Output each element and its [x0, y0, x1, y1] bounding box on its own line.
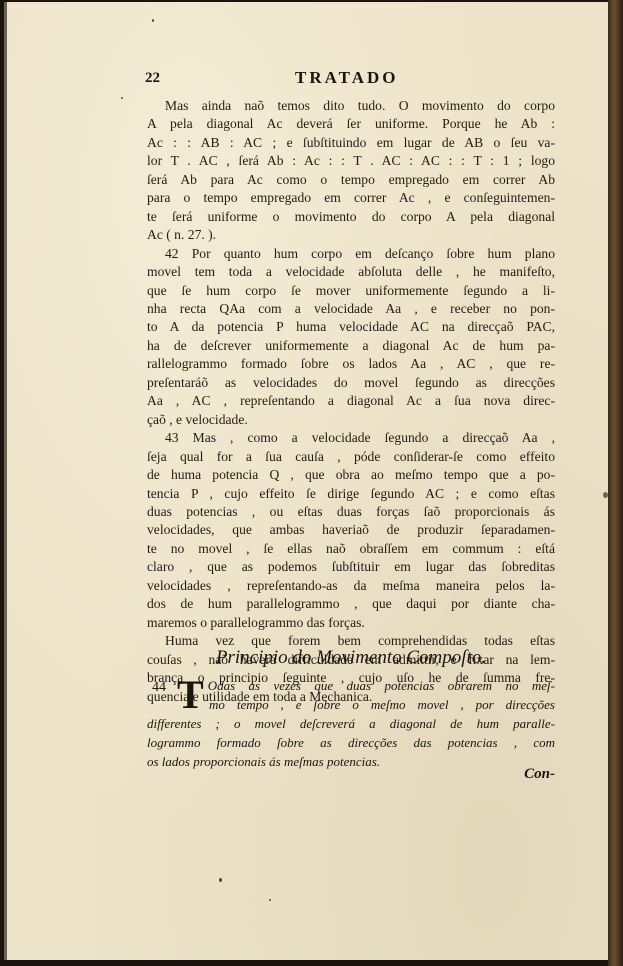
drop-cap: T	[177, 678, 204, 712]
text-line: preſentaráõ as velocidades do movel ſegu…	[147, 374, 555, 392]
text-line: Ac : : AB : AC ; e ſubſtituindo em lugar…	[147, 134, 555, 152]
principle-paragraph: T Odas as vezes que duas potencias obrar…	[147, 676, 555, 771]
page-header: 22 TRATADO	[145, 70, 555, 90]
text-line: Mas ainda naõ temos dito tudo. O movimen…	[147, 97, 555, 115]
paper-speck	[269, 899, 271, 901]
paper-speck	[121, 97, 123, 99]
paragraph-number: 44	[152, 680, 166, 696]
text-line: que ſe hum corpo ſe mover uniformemente …	[147, 282, 555, 300]
text-line: velocidades , repreſentando-as da meſma …	[147, 577, 555, 595]
text-line: nha recta QAa com a velocidade Aa , e re…	[147, 300, 555, 318]
body-text: Mas ainda naõ temos dito tudo. O movimen…	[147, 97, 555, 706]
page-number: 22	[145, 70, 160, 87]
catchword: Con-	[500, 766, 555, 783]
text-line: to A da potencia P huma velocidade AC na…	[147, 318, 555, 336]
text-line: Ac ( n. 27. ).	[147, 226, 555, 244]
text-line: te ſerá uniforme o movimento do corpo A …	[147, 208, 555, 226]
text-line: A pela diagonal Ac deverá ſer uniforme. …	[147, 115, 555, 133]
text-line: lor T . AC , ſerá Ab : Ac : : T . AC : A…	[147, 152, 555, 170]
text-line: Aa , AC , repreſentando a diagonal Ac a …	[147, 392, 555, 410]
text-line: 43 Mas , como a velocidade ſegundo a dir…	[147, 429, 555, 447]
text-line: rallelogrammo formado ſobre os lados Aa …	[147, 355, 555, 373]
paper-speck	[152, 19, 154, 22]
text-line: velocidades, que ambas haveriaõ de produ…	[147, 521, 555, 539]
text-line: dos de hum parallelogrammo , que daqui p…	[147, 595, 555, 613]
text-line: os lados proporcionais ás meſmas potenci…	[147, 752, 555, 771]
text-line: differentes ; o movel deſcreverá a diago…	[147, 714, 555, 733]
text-line: te no movel , ſe ellas naõ obraſſem em c…	[147, 540, 555, 558]
text-line: logrammo formado ſobre as direcções das …	[147, 733, 555, 752]
text-line: claro , que as podemos ſubſtituir em lug…	[147, 558, 555, 576]
section-heading: Principio do Movimento Compoſto.	[147, 647, 555, 669]
text-line: mo tempo , e ſobre o meſmo movel , por d…	[147, 695, 555, 714]
paper-speck	[219, 878, 222, 882]
text-line: de huma potencia Q , que obra ao meſmo t…	[147, 466, 555, 484]
text-line: para o tempo empregado em correr Ac , e …	[147, 189, 555, 207]
text-line: maremos o parallelogrammo das forças.	[147, 614, 555, 632]
running-head: TRATADO	[295, 68, 399, 88]
text-line: çaõ , e velocidade.	[147, 411, 555, 429]
text-line: movel tem toda a velocidade abſoluta del…	[147, 263, 555, 281]
text-line: Odas as vezes que duas potencias obrarem…	[147, 676, 555, 695]
text-line: ſerá Ab para Ac como o tempo empregado e…	[147, 171, 555, 189]
text-line: 42 Por quanto hum corpo em deſcanço ſobr…	[147, 245, 555, 263]
text-line: duas potencias , ou eſtas duas forças ſa…	[147, 503, 555, 521]
text-line: ha de deſcrever uniformemente a diagonal…	[147, 337, 555, 355]
book-edge	[608, 0, 623, 966]
text-line: ſeja qual for a ſua cauſa , póde conſide…	[147, 448, 555, 466]
text-line: tencia P , cujo effeito ſe dirige ſegund…	[147, 485, 555, 503]
